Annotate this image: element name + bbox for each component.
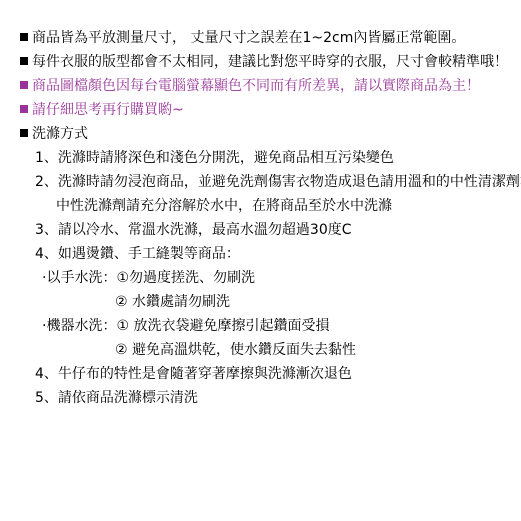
square-bullet-icon	[20, 33, 28, 41]
text-line-content: 5、請依商品洗滌標示清洗	[35, 390, 198, 406]
text-line-content: 3、請以冷水、常溫水洗滌，最高水溫勿超過30度C	[35, 222, 352, 238]
text-line-content: 4、如遇燙鑽、手工縫製等商品：	[35, 246, 240, 262]
square-bullet-icon	[20, 129, 28, 137]
notice-lines: 商品皆為平放測量尺寸， 丈量尺寸之誤差在1~2cm內皆屬正常範圍。每件衣服的版型…	[0, 26, 521, 410]
text-line: 1、洗滌時請將深色和淺色分開洗，避免商品相互污染變色	[0, 146, 521, 170]
text-line: 每件衣服的版型都會不太相同，建議比對您平時穿的衣服，尺寸會較精準哦！	[0, 50, 521, 74]
text-line: 請仔細思考再行購買喲~	[0, 98, 521, 122]
text-line: ② 避免高溫烘乾，使水鑽反面失去黏性	[0, 338, 521, 362]
text-line: ② 水鑽處請勿刷洗	[0, 290, 521, 314]
text-line: 4、牛仔布的特性是會隨著穿著摩擦與洗滌漸次退色	[0, 362, 521, 386]
text-line-content: 2、洗滌時請勿浸泡商品，並避免洗劑傷害衣物造成退色請用溫和的中性清潔劑洗滌，	[35, 174, 521, 190]
text-line: 商品皆為平放測量尺寸， 丈量尺寸之誤差在1~2cm內皆屬正常範圍。	[0, 26, 521, 50]
text-line: 商品圖檔顏色因每台電腦螢幕顯色不同而有所差異，請以實際商品為主！	[0, 74, 521, 98]
product-notice-page: 商品皆為平放測量尺寸， 丈量尺寸之誤差在1~2cm內皆屬正常範圍。每件衣服的版型…	[0, 0, 521, 521]
text-line-content: 每件衣服的版型都會不太相同，建議比對您平時穿的衣服，尺寸會較精準哦！	[32, 54, 508, 70]
square-bullet-icon	[20, 81, 28, 89]
text-line-content: 請仔細思考再行購買喲~	[32, 102, 184, 118]
square-bullet-icon	[20, 105, 28, 113]
text-line: 2、洗滌時請勿浸泡商品，並避免洗劑傷害衣物造成退色請用溫和的中性清潔劑洗滌，	[0, 170, 521, 194]
text-line: 中性洗滌劑請充分溶解於水中，在將商品至於水中洗滌	[0, 194, 521, 218]
square-bullet-icon	[20, 57, 28, 65]
text-line-content: ② 避免高溫烘乾，使水鑽反面失去黏性	[115, 342, 356, 358]
text-line-content: 1、洗滌時請將深色和淺色分開洗，避免商品相互污染變色	[35, 150, 394, 166]
text-line-content: 4、牛仔布的特性是會隨著穿著摩擦與洗滌漸次退色	[35, 366, 352, 382]
text-line: ·機器水洗：① 放洗衣袋避免摩擦引起鑽面受損	[0, 314, 521, 338]
text-line-content: ② 水鑽處請勿刷洗	[115, 294, 230, 310]
text-line-content: 商品皆為平放測量尺寸， 丈量尺寸之誤差在1~2cm內皆屬正常範圍。	[32, 30, 465, 46]
text-line: 4、如遇燙鑽、手工縫製等商品：	[0, 242, 521, 266]
text-line-content: ·以手水洗：①勿過度搓洗、勿刷洗	[42, 270, 255, 286]
text-line-content: ·機器水洗：① 放洗衣袋避免摩擦引起鑽面受損	[42, 318, 329, 334]
text-line-content: 洗滌方式	[32, 126, 88, 142]
text-line: 3、請以冷水、常溫水洗滌，最高水溫勿超過30度C	[0, 218, 521, 242]
text-line-content: 商品圖檔顏色因每台電腦螢幕顯色不同而有所差異，請以實際商品為主！	[32, 78, 480, 94]
text-line: 5、請依商品洗滌標示清洗	[0, 386, 521, 410]
text-line-content: 中性洗滌劑請充分溶解於水中，在將商品至於水中洗滌	[56, 198, 392, 214]
text-line: ·以手水洗：①勿過度搓洗、勿刷洗	[0, 266, 521, 290]
text-line: 洗滌方式	[0, 122, 521, 146]
